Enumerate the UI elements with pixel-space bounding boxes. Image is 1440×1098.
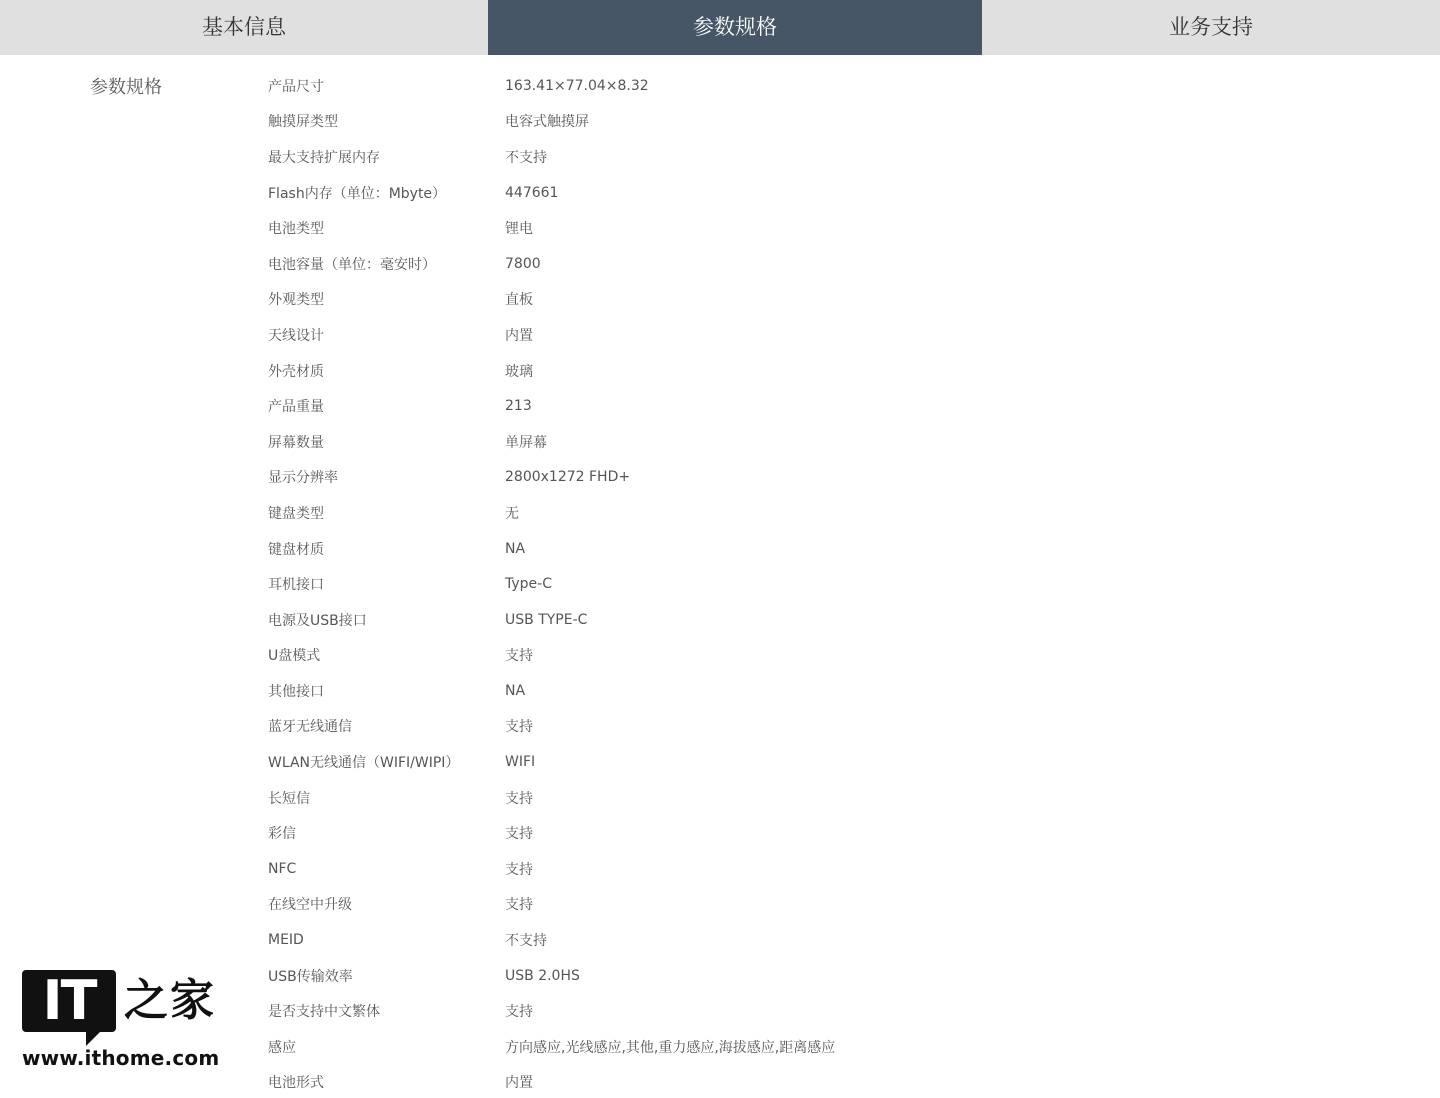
- spec-value: 447661: [505, 185, 558, 201]
- spec-row: 其他接口NA: [268, 673, 835, 709]
- spec-row: 是否支持中文繁体支持: [268, 993, 835, 1029]
- spec-row: 在线空中升级支持: [268, 887, 835, 923]
- spec-row: 产品重量213: [268, 388, 835, 424]
- spec-row: 最大支持扩展内存不支持: [268, 139, 835, 175]
- spec-key: 键盘材质: [268, 539, 505, 559]
- spec-key: 电池容量（单位：毫安时）: [268, 254, 505, 274]
- spec-row: USB传输效率USB 2.0HS: [268, 958, 835, 994]
- spec-row: 键盘类型无: [268, 495, 835, 531]
- spec-value: USB TYPE-C: [505, 612, 587, 628]
- watermark-url: www.ithome.com: [22, 1046, 222, 1070]
- spec-value: 支持: [505, 859, 533, 879]
- spec-key: MEID: [268, 932, 505, 948]
- spec-key: 是否支持中文繁体: [268, 1001, 505, 1021]
- spec-key: 蓝牙无线通信: [268, 716, 505, 736]
- ithome-watermark: IT 之家 www.ithome.com: [22, 970, 222, 1090]
- spec-row: 长短信支持: [268, 780, 835, 816]
- spec-row: 外壳材质玻璃: [268, 353, 835, 389]
- spec-row: 电源及USB接口USB TYPE-C: [268, 602, 835, 638]
- spec-key: 彩信: [268, 823, 505, 843]
- spec-row: 屏幕数量单屏幕: [268, 424, 835, 460]
- spec-value: 锂电: [505, 218, 533, 238]
- spec-row: MEID不支持: [268, 922, 835, 958]
- spec-value: 支持: [505, 823, 533, 843]
- spec-row: 键盘材质NA: [268, 531, 835, 567]
- spec-key: 触摸屏类型: [268, 111, 505, 131]
- spec-value: 内置: [505, 325, 533, 345]
- spec-value: 电容式触摸屏: [505, 111, 589, 131]
- spec-key: Flash内存（单位：Mbyte）: [268, 183, 505, 203]
- logo-chars: 之家: [124, 970, 216, 1032]
- spec-value: NA: [505, 541, 525, 557]
- spec-key: NFC: [268, 861, 505, 877]
- tab-specifications[interactable]: 参数规格: [488, 0, 982, 55]
- spec-row: 电池形式内置: [268, 1065, 835, 1098]
- spec-value: 支持: [505, 894, 533, 914]
- spec-key: 电池形式: [268, 1072, 505, 1092]
- spec-value: NA: [505, 683, 525, 699]
- spec-row: WLAN无线通信（WIFI/WIPI）WIFI: [268, 744, 835, 780]
- spec-value: 7800: [505, 256, 541, 272]
- spec-key: 在线空中升级: [268, 894, 505, 914]
- spec-key: 产品尺寸: [268, 76, 505, 96]
- spec-key: 显示分辨率: [268, 467, 505, 487]
- spec-value: 213: [505, 398, 532, 414]
- spec-value: 直板: [505, 289, 533, 309]
- spec-row: 产品尺寸163.41×77.04×8.32: [268, 68, 835, 104]
- spec-value: 无: [505, 503, 519, 523]
- spec-key: 外壳材质: [268, 361, 505, 381]
- spec-value: 支持: [505, 1001, 533, 1021]
- spec-key: U盘模式: [268, 645, 505, 665]
- spec-key: 耳机接口: [268, 574, 505, 594]
- spec-value: 玻璃: [505, 361, 533, 381]
- spec-row: 显示分辨率2800x1272 FHD+: [268, 460, 835, 496]
- spec-value: 2800x1272 FHD+: [505, 469, 630, 485]
- spec-row: 电池类型锂电: [268, 210, 835, 246]
- spec-row: 天线设计内置: [268, 317, 835, 353]
- spec-row: 感应方向感应,光线感应,其他,重力感应,海拔感应,距离感应: [268, 1029, 835, 1065]
- tab-basic-info[interactable]: 基本信息: [0, 0, 488, 55]
- spec-key: 感应: [268, 1037, 505, 1057]
- spec-key: 其他接口: [268, 681, 505, 701]
- spec-value: USB 2.0HS: [505, 968, 580, 984]
- spec-value: 不支持: [505, 147, 547, 167]
- spec-key: 屏幕数量: [268, 432, 505, 452]
- spec-key: 长短信: [268, 788, 505, 808]
- spec-value: WIFI: [505, 754, 535, 770]
- tab-business-support[interactable]: 业务支持: [982, 0, 1440, 55]
- spec-row: 耳机接口Type-C: [268, 566, 835, 602]
- spec-value: 单屏幕: [505, 432, 547, 452]
- spec-list: 产品尺寸163.41×77.04×8.32触摸屏类型电容式触摸屏最大支持扩展内存…: [268, 68, 835, 1098]
- spec-row: Flash内存（单位：Mbyte）447661: [268, 175, 835, 211]
- spec-row: 外观类型直板: [268, 282, 835, 318]
- spec-key: 最大支持扩展内存: [268, 147, 505, 167]
- section-title: 参数规格: [90, 73, 162, 99]
- spec-key: WLAN无线通信（WIFI/WIPI）: [268, 752, 505, 772]
- spec-value: Type-C: [505, 576, 552, 592]
- spec-row: 触摸屏类型电容式触摸屏: [268, 104, 835, 140]
- spec-key: 外观类型: [268, 289, 505, 309]
- spec-value: 支持: [505, 716, 533, 736]
- spec-key: 产品重量: [268, 396, 505, 416]
- spec-row: 彩信支持: [268, 815, 835, 851]
- spec-row: U盘模式支持: [268, 638, 835, 674]
- spec-key: 键盘类型: [268, 503, 505, 523]
- spec-value: 支持: [505, 788, 533, 808]
- spec-value: 内置: [505, 1072, 533, 1092]
- it-logo-icon: IT: [22, 970, 116, 1032]
- spec-row: NFC支持: [268, 851, 835, 887]
- spec-value: 支持: [505, 645, 533, 665]
- spec-value: 163.41×77.04×8.32: [505, 78, 649, 94]
- spec-key: 电池类型: [268, 218, 505, 238]
- spec-key: USB传输效率: [268, 966, 505, 986]
- ithome-logo: IT 之家: [22, 970, 222, 1032]
- tab-bar: 基本信息 参数规格 业务支持: [0, 0, 1440, 55]
- spec-key: 电源及USB接口: [268, 610, 505, 630]
- spec-value: 方向感应,光线感应,其他,重力感应,海拔感应,距离感应: [505, 1037, 835, 1057]
- spec-value: 不支持: [505, 930, 547, 950]
- spec-row: 蓝牙无线通信支持: [268, 709, 835, 745]
- spec-key: 天线设计: [268, 325, 505, 345]
- spec-row: 电池容量（单位：毫安时）7800: [268, 246, 835, 282]
